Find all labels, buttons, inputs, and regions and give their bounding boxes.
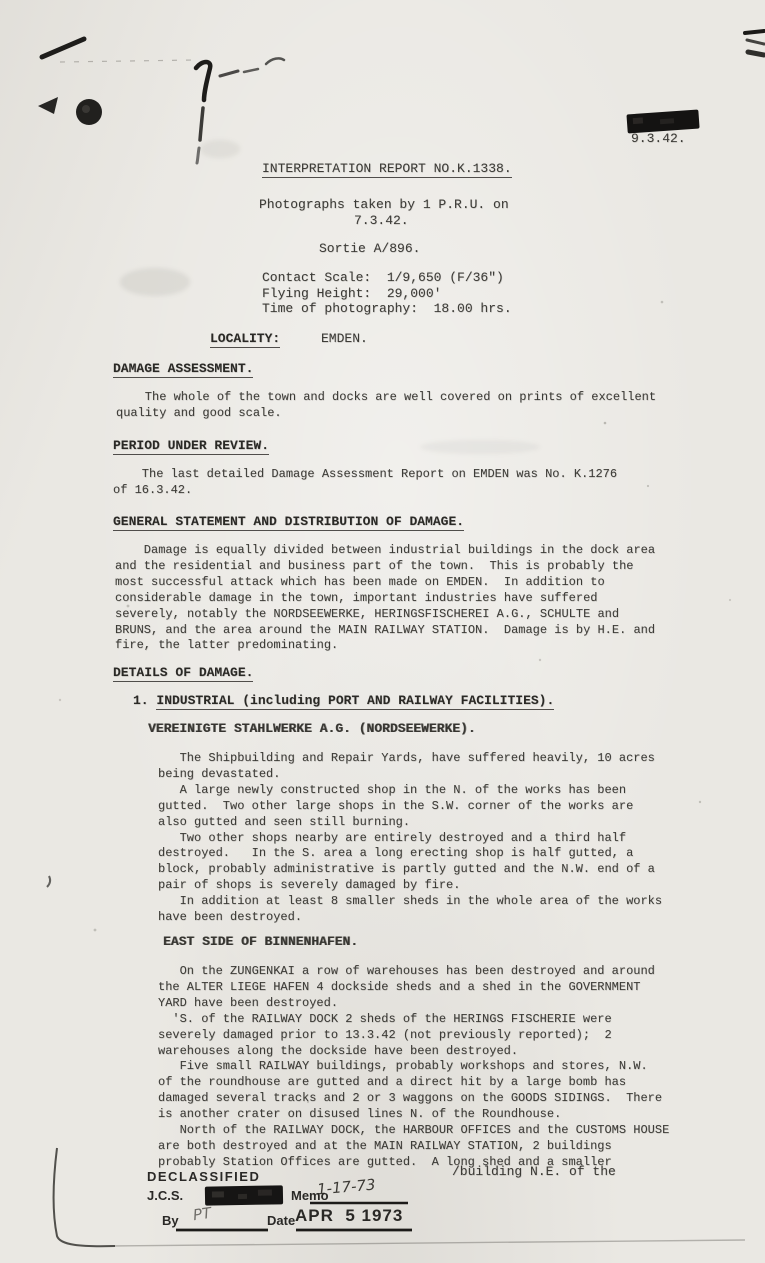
- continuation-catchword: /building N.E. of the: [452, 1164, 616, 1180]
- handwriting-scribble: [196, 62, 210, 100]
- section-heading-details-of-damage: DETAILS OF DAMAGE.: [113, 665, 253, 681]
- redaction-bar-top: [626, 110, 699, 134]
- subheading-vereinigte-stahlwerke: VEREINIGTE STAHLWERKE A.G. (NORDSEEWERKE…: [148, 721, 476, 737]
- subsection-industrial: 1. INDUSTRIAL (including PORT AND RAILWA…: [133, 693, 554, 709]
- page-edge-line: [54, 1148, 115, 1246]
- vereinigte-paragraph: The Shipbuilding and Repair Yards, have …: [158, 751, 662, 926]
- corner-fragment-mark: [747, 40, 764, 44]
- corner-date: 9.3.42.: [631, 131, 686, 147]
- section-heading-period-under-review: PERIOD UNDER REVIEW.: [113, 438, 269, 454]
- memo-number-handwriting: 1-17-73: [316, 1175, 376, 1198]
- corner-fragment-mark: [745, 31, 764, 33]
- ink-smudge: [420, 440, 540, 454]
- hole-punch-mark: [76, 99, 102, 125]
- declassified-stamp: DECLASSIFIED: [147, 1169, 260, 1184]
- section-heading-general-statement: GENERAL STATEMENT AND DISTRIBUTION OF DA…: [113, 514, 464, 530]
- jcs-label: J.C.S.: [147, 1188, 183, 1203]
- period-paragraph: The last detailed Damage Assessment Repo…: [113, 467, 617, 499]
- locality-value: EMDEN.: [321, 331, 368, 347]
- industrial-title: INDUSTRIAL (including PORT AND RAILWAY F…: [156, 693, 554, 710]
- date-label: Date: [267, 1213, 295, 1228]
- curve-mark: [266, 58, 284, 64]
- industrial-number: 1.: [133, 693, 156, 708]
- by-initials-handwriting: PT: [192, 1204, 213, 1224]
- dash-mark: [244, 69, 258, 72]
- redaction-bar-footer: [205, 1185, 283, 1205]
- general-statement-paragraph: Damage is equally divided between indust…: [115, 543, 655, 654]
- handwriting-scribble: [197, 148, 199, 163]
- subheading-east-side-binnenhafen: EAST SIDE OF BINNENHAFEN.: [163, 934, 358, 950]
- report-title-text: INTERPRETATION REPORT NO.K.1338.: [262, 161, 512, 178]
- section-heading-damage-assessment: DAMAGE ASSESSMENT.: [113, 361, 253, 377]
- report-title: INTERPRETATION REPORT NO.K.1338.: [262, 161, 512, 177]
- photo-caption-line1: Photographs taken by 1 P.R.U. on: [259, 197, 509, 213]
- photo-caption-line2: 7.3.42.: [354, 213, 409, 229]
- triangle-mark: [38, 97, 58, 114]
- dash-mark: [220, 71, 238, 76]
- pen-stroke-mark: [42, 39, 84, 57]
- bottom-scan-line: [110, 1240, 745, 1246]
- stray-mark: [47, 876, 50, 887]
- faint-dotted-line: [60, 60, 195, 62]
- date-stamp: APR 5 1973: [295, 1206, 403, 1226]
- east-side-paragraph: On the ZUNGENKAI a row of warehouses has…: [158, 964, 669, 1171]
- corner-fragment-mark: [748, 52, 764, 55]
- hole-punch-highlight: [82, 105, 90, 113]
- by-label: By: [162, 1213, 179, 1228]
- handwriting-scribble: [200, 108, 203, 140]
- ink-smudge: [200, 140, 240, 158]
- ink-smudge: [120, 268, 190, 296]
- camera-data-block: Contact Scale: 1/9,650 (F/36") Flying He…: [262, 270, 512, 317]
- locality-label: LOCALITY:: [210, 331, 280, 348]
- damage-assessment-paragraph: The whole of the town and docks are well…: [116, 390, 656, 422]
- locality-row: LOCALITY:: [210, 331, 280, 347]
- scanned-report-page: 9.3.42. INTERPRETATION REPORT NO.K.1338.…: [0, 0, 765, 1263]
- sortie-line: Sortie A/896.: [319, 241, 420, 257]
